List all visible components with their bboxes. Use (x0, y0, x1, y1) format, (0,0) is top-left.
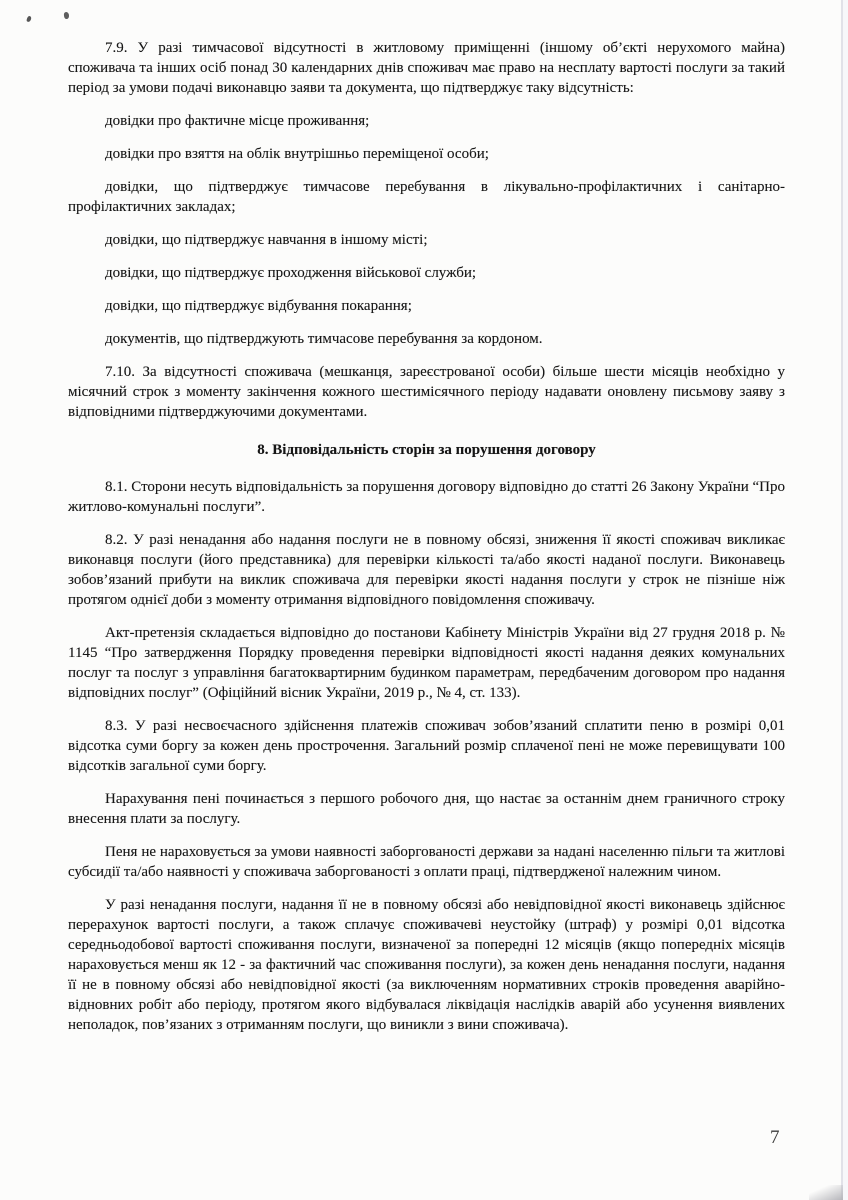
paragraph-act-claim: Акт-претензія складається відповідно до … (68, 623, 785, 703)
list-item-study: довідки, що підтверджує навчання в іншом… (68, 230, 785, 250)
document-body: 7.9. У разі тимчасової відсутності в жит… (68, 38, 785, 1048)
scan-speckle-icon (64, 12, 70, 20)
paragraph-8-3: 8.3. У разі несвоєчасного здійснення пла… (68, 716, 785, 776)
paragraph-penalty-start: Нарахування пені починається з першого р… (68, 789, 785, 829)
scan-edge-line (841, 0, 843, 1200)
list-item-punishment: довідки, що підтверджує відбування покар… (68, 296, 785, 316)
paragraph-8-1: 8.1. Сторони несуть відповідальність за … (68, 477, 785, 517)
paragraph-7-10: 7.10. За відсутності споживача (мешканця… (68, 362, 785, 422)
list-item-residence: довідки про фактичне місце проживання; (68, 111, 785, 131)
page-number: 7 (770, 1127, 780, 1149)
paragraph-8-2: 8.2. У разі ненадання або надання послуг… (68, 530, 785, 610)
list-item-idp-registration: довідки про взяття на облік внутрішньо п… (68, 144, 785, 164)
scan-speckle-icon (26, 16, 32, 23)
scanned-document-page: 7.9. У разі тимчасової відсутності в жит… (0, 0, 848, 1200)
list-item-abroad: документів, що підтверджують тимчасове п… (68, 329, 785, 349)
paragraph-7-9: 7.9. У разі тимчасової відсутності в жит… (68, 38, 785, 98)
scan-corner-shadow (809, 1185, 843, 1200)
section-8-heading: 8. Відповідальність сторін за порушення … (68, 440, 785, 460)
list-item-medical-facilities: довідки, що підтверджує тимчасове перебу… (68, 177, 785, 217)
paragraph-penalty-exempt: Пеня не нараховується за умови наявності… (68, 842, 785, 882)
list-item-military-service: довідки, що підтверджує проходження війс… (68, 263, 785, 283)
paragraph-recalculation: У разі ненадання послуги, надання її не … (68, 895, 785, 1035)
scan-edge-strip (843, 0, 848, 1200)
